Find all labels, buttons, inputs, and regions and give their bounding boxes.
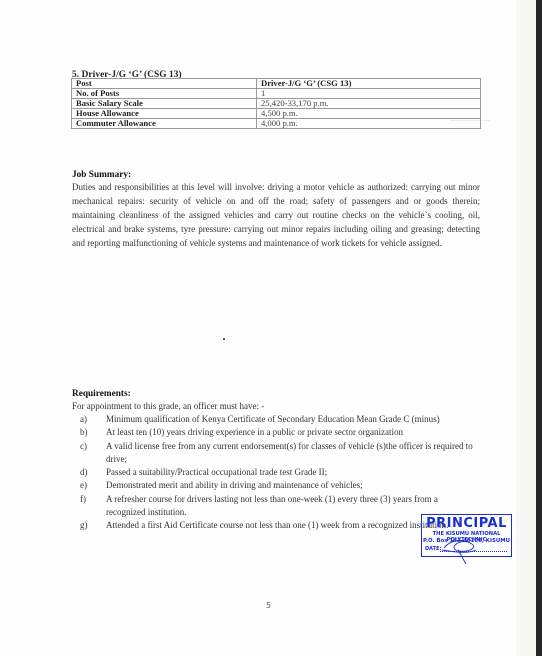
signature-icon	[436, 520, 496, 570]
requirement-text: Demonstrated merit and ability in drivin…	[106, 480, 363, 490]
requirement-marker: c)	[80, 440, 87, 453]
requirement-item: c)A valid license free from any current …	[80, 440, 475, 467]
row-label: Commuter Allowance	[72, 119, 257, 129]
requirement-marker: g)	[80, 519, 88, 532]
requirement-marker: e)	[80, 479, 87, 492]
requirement-text: Minimum qualification of Kenya Certifica…	[106, 414, 440, 424]
job-summary-text: Duties and responsibilities at this leve…	[72, 180, 480, 250]
requirement-text: At least ten (10) years driving experien…	[106, 427, 403, 437]
requirement-text: Passed a suitability/Practical occupatio…	[106, 467, 327, 477]
page-number: 5	[266, 601, 271, 610]
job-summary-title: Job Summary:	[72, 170, 131, 180]
row-value: 1	[257, 89, 481, 99]
requirement-item: a)Minimum qualification of Kenya Certifi…	[80, 413, 475, 426]
requirement-marker: b)	[80, 426, 88, 439]
table-row: Basic Salary Scale25,420-33,170 p.m.	[72, 99, 481, 109]
table-row: Commuter Allowance4,000 p.m.	[72, 119, 481, 129]
table-row: No. of Posts1	[72, 89, 481, 99]
requirement-item: d)Passed a suitability/Practical occupat…	[80, 466, 475, 479]
requirement-marker: d)	[80, 466, 88, 479]
post-details-table: PostDriver-J/G ‘G’ (CSG 13)No. of Posts1…	[71, 78, 481, 129]
requirements-title: Requirements:	[72, 389, 131, 399]
requirement-item: g)Attended a first Aid Certificate cours…	[80, 519, 475, 532]
requirement-text: A valid license free from any current en…	[106, 441, 473, 464]
requirement-text: Attended a first Aid Certificate course …	[106, 520, 448, 530]
scan-speck	[223, 338, 225, 340]
row-value: 25,420-33,170 p.m.	[257, 99, 481, 109]
table-row: PostDriver-J/G ‘G’ (CSG 13)	[72, 79, 481, 89]
row-value: 4,500 p.m.	[257, 109, 481, 119]
table-row: House Allowance4,500 p.m.	[72, 109, 481, 119]
row-label: Post	[72, 79, 257, 89]
row-label: House Allowance	[72, 109, 257, 119]
viewer-edge	[536, 0, 542, 656]
requirements-intro: For appointment to this grade, an office…	[72, 401, 264, 411]
row-value: 4,000 p.m.	[257, 119, 481, 129]
requirements-list: a)Minimum qualification of Kenya Certifi…	[80, 413, 475, 533]
row-value: Driver-J/G ‘G’ (CSG 13)	[257, 79, 481, 89]
requirement-marker: f)	[80, 493, 86, 506]
document-page: 5. Driver-J/G ‘G’ (CSG 13) PostDriver-J/…	[0, 0, 517, 656]
row-label: No. of Posts	[72, 89, 257, 99]
requirement-item: f)A refresher course for drivers lasting…	[80, 493, 475, 520]
requirement-item: b)At least ten (10) years driving experi…	[80, 426, 475, 439]
row-label: Basic Salary Scale	[72, 99, 257, 109]
requirement-item: e)Demonstrated merit and ability in driv…	[80, 479, 475, 492]
requirement-text: A refresher course for drivers lasting n…	[106, 494, 438, 517]
requirement-marker: a)	[80, 413, 87, 426]
